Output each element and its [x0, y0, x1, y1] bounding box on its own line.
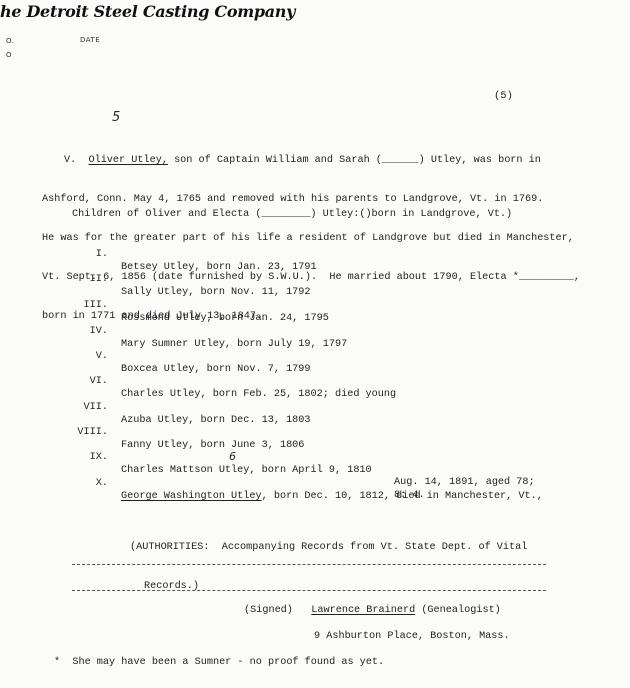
list-item-continuation: Aug. 14, 1891, aged 78; — [394, 476, 535, 489]
authorities-note: (AUTHORITIES: Accompanying Records from … — [130, 515, 527, 606]
signed-label: (Signed) — [244, 605, 293, 616]
signer-name: Lawrence Brainerd — [311, 605, 415, 616]
list-item: X. George Washington Utley, born Dec. 10… — [0, 464, 630, 477]
letterhead-company-name: he Detroit Steel Casting Company — [0, 2, 295, 21]
blank-line — [72, 590, 546, 591]
signer-address: 9 Ashburton Place, Boston, Mass. — [314, 630, 510, 643]
letterhead-date-label: DATE — [80, 36, 100, 44]
intro-line-1: V. Oliver Utley, son of Captain William … — [42, 154, 580, 167]
letterhead-to2-label: O — [6, 51, 12, 59]
intro-line-2: Ashford, Conn. May 4, 1765 and removed w… — [42, 193, 580, 206]
page-number: (5) — [494, 90, 513, 103]
list-item-continuation: 8: 4. — [394, 489, 425, 502]
children-heading: Children of Oliver and Electa (________)… — [72, 208, 512, 221]
signature-block: (Signed) Lawrence Brainerd (Genealogist) — [244, 604, 501, 617]
list-item: VI. Charles Utley, born Feb. 25, 1802; d… — [0, 362, 630, 375]
list-item: III. Rossmond Utley, born Jan. 24, 1795 — [0, 286, 630, 299]
blank-line — [72, 564, 546, 565]
list-item: II. Sally Utley, born Nov. 11, 1792 — [0, 260, 630, 273]
list-item: I. Betsey Utley, born Jan. 23, 1791 — [0, 235, 630, 248]
list-item: VII. Azuba Utley, born Dec. 13, 1803 — [0, 388, 630, 401]
list-item: V. Boxcea Utley, born Nov. 7, 1799 — [0, 337, 630, 350]
list-item: IV. Mary Sumner Utley, born July 19, 179… — [0, 312, 630, 325]
signer-title: (Genealogist) — [415, 605, 501, 616]
child-name-underlined: George Washington Utley — [121, 491, 262, 502]
handwritten-generation-mark: 5 — [112, 110, 120, 125]
generation-numeral: V. — [64, 155, 76, 166]
subject-name: Oliver Utley, — [88, 155, 167, 166]
footnote: * She may have been a Sumner - no proof … — [54, 656, 384, 669]
list-item: IX. Charles Mattson Utley, born April 9,… — [0, 438, 630, 451]
letterhead-to-label: O. — [6, 37, 14, 45]
list-item: VIII. Fanny Utley, born June 3, 1806 — [0, 413, 630, 426]
intro-paragraph: V. Oliver Utley, son of Captain William … — [42, 128, 580, 336]
